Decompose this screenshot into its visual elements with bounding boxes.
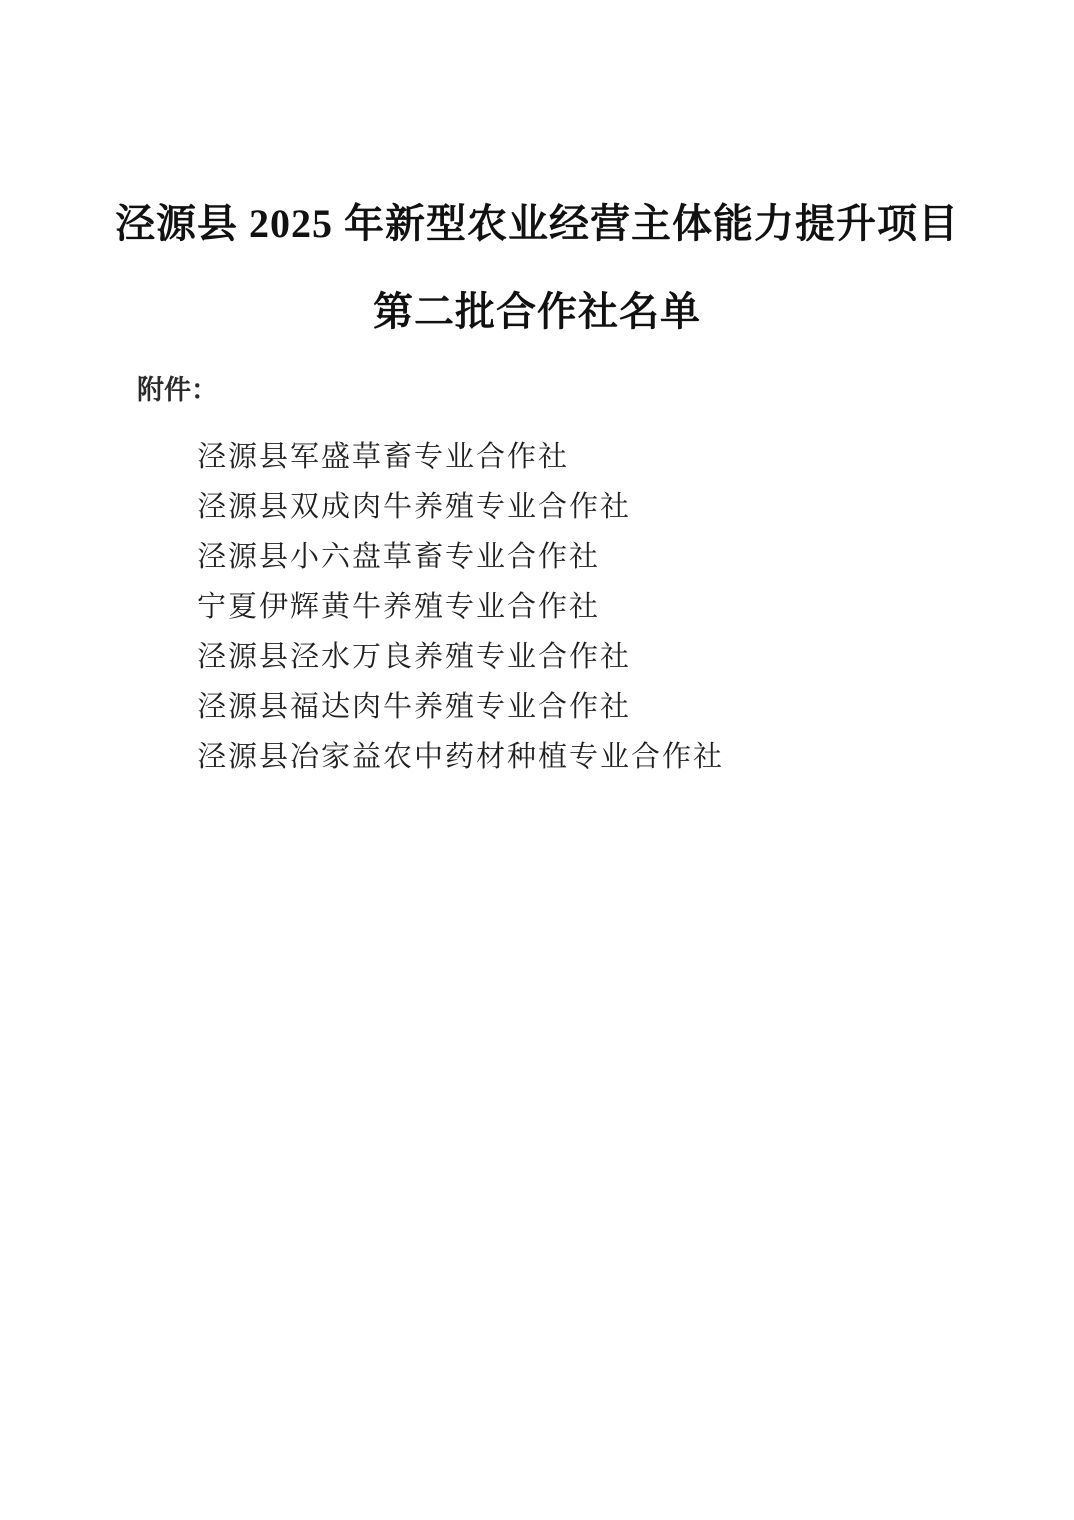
list-item: 泾源县福达肉牛养殖专业合作社 <box>197 682 1074 732</box>
list-item: 泾源县小六盘草畜专业合作社 <box>197 532 1074 582</box>
title-line-1: 泾源县 2025 年新型农业经营主体能力提升项目 <box>0 203 1074 245</box>
title-line-2: 第二批合作社名单 <box>0 291 1074 333</box>
attachment-label: 附件： <box>137 375 1074 405</box>
cooperative-list: 泾源县军盛草畜专业合作社 泾源县双成肉牛养殖专业合作社 泾源县小六盘草畜专业合作… <box>0 432 1074 782</box>
list-item: 泾源县军盛草畜专业合作社 <box>197 432 1074 482</box>
list-item: 宁夏伊辉黄牛养殖专业合作社 <box>197 582 1074 632</box>
document-title: 泾源县 2025 年新型农业经营主体能力提升项目 第二批合作社名单 <box>0 0 1074 333</box>
document-page: 泾源县 2025 年新型农业经营主体能力提升项目 第二批合作社名单 附件： 泾源… <box>0 0 1074 1520</box>
list-item: 泾源县冶家益农中药材种植专业合作社 <box>197 732 1074 782</box>
list-item: 泾源县泾水万良养殖专业合作社 <box>197 632 1074 682</box>
list-item: 泾源县双成肉牛养殖专业合作社 <box>197 482 1074 532</box>
